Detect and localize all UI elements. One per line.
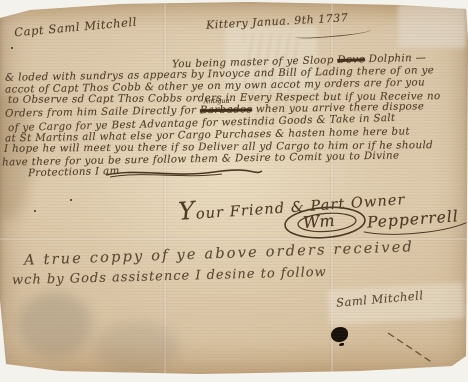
postscript-signature: Saml Mitchell — [336, 288, 424, 310]
inserted-word: Antigua — [204, 97, 230, 105]
paper-speck — [34, 210, 36, 212]
paper-speck — [11, 47, 13, 49]
addressee-name: Capt Saml Mitchell — [14, 15, 138, 40]
postscript-line-2: wch by Gods assistence I desine to follo… — [12, 265, 327, 288]
paper-speck — [70, 199, 72, 201]
tape-patch-top-right — [398, 4, 466, 48]
dateline: Kittery Janua. 9th 1737 — [206, 11, 349, 31]
fold-crease-vertical-left — [163, 0, 167, 374]
struck-word-text: Barbados — [200, 103, 252, 116]
struck-word: Dove — [337, 53, 365, 66]
ink-blot — [331, 327, 348, 342]
signature-initials: Wm — [302, 211, 335, 232]
struck-word-text: Dove — [337, 53, 365, 66]
body-text: Dolphin — — [365, 52, 427, 66]
document-photo: Capt Saml Mitchell Kittery Janua. 9th 17… — [0, 0, 468, 382]
struck-word: BarbadosAntigua — [200, 103, 252, 116]
signature-surname: Pepperrell — [366, 207, 459, 231]
stain-left — [18, 292, 92, 358]
postscript-line-1: A true coppy of ye above orders received — [24, 239, 414, 269]
letter-paper: Capt Saml Mitchell Kittery Janua. 9th 17… — [0, 0, 468, 382]
iam-flourish-stroke — [104, 167, 264, 179]
